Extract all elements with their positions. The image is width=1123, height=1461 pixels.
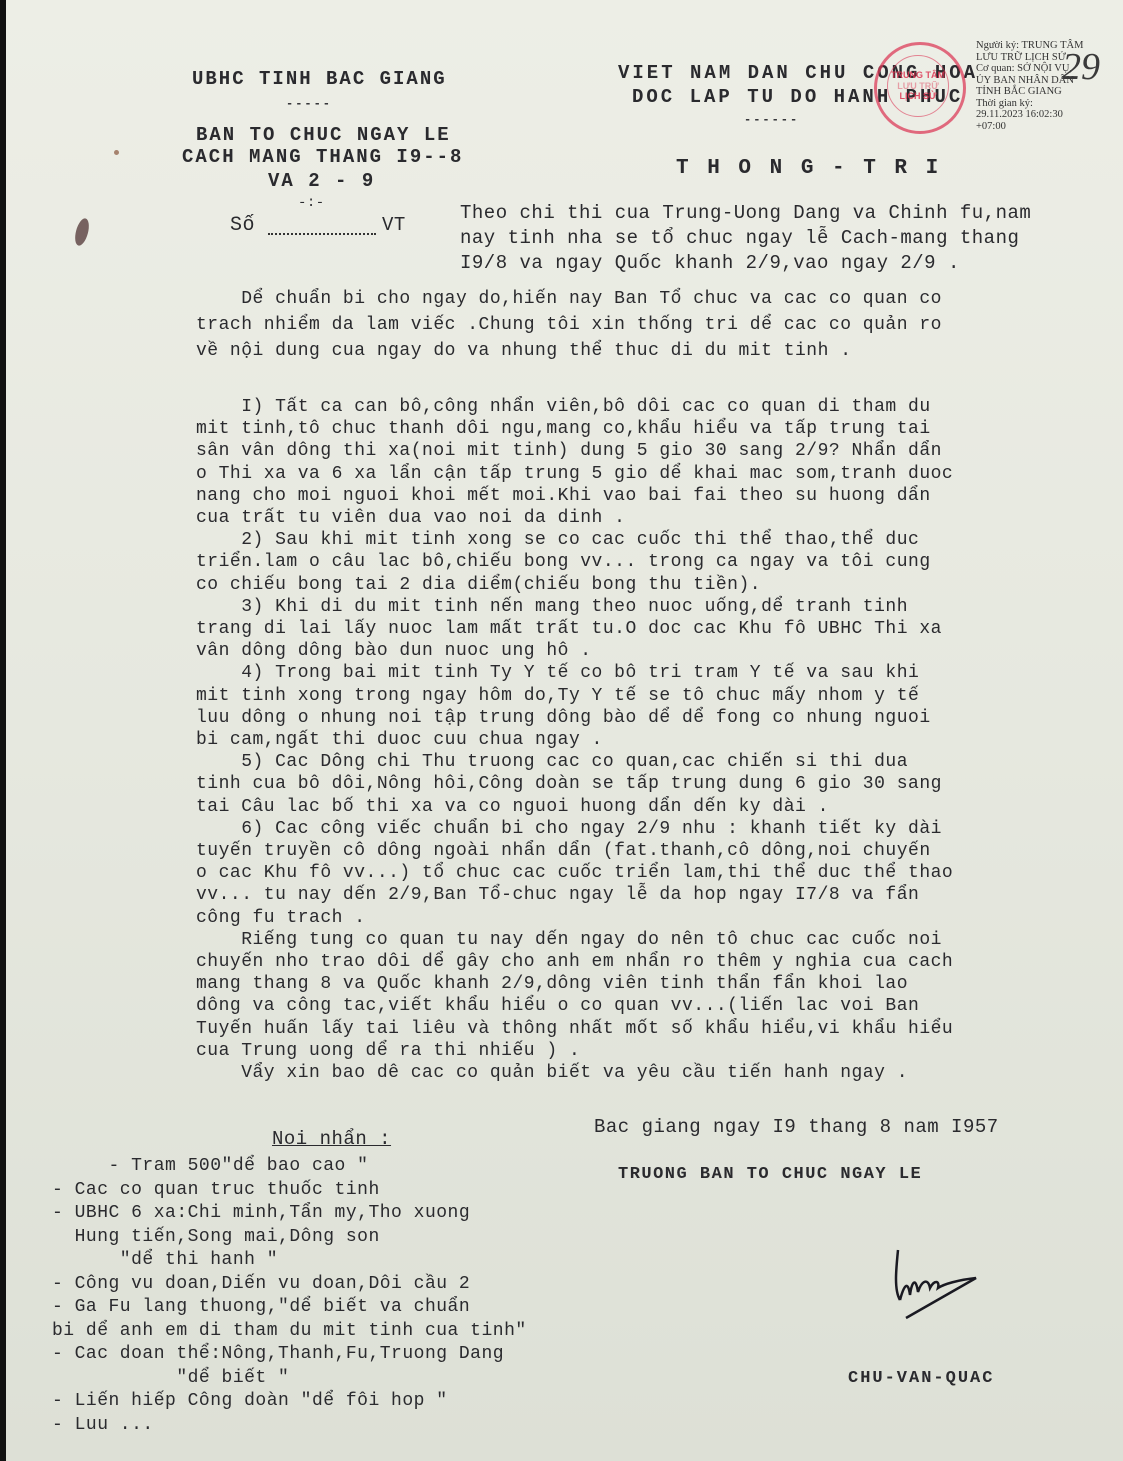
text-line: nang cho moi nguoi khoi mết moi.Khi vao … <box>196 487 931 505</box>
recipient-item: "dể thi hanh " <box>52 1251 278 1269</box>
text-line: Theo chi thi cua Trung-Uong Dang va Chin… <box>460 204 1031 223</box>
text-line: co chiếu bong tai 2 dia diểm(chiếu bong … <box>196 576 761 594</box>
number-suffix: VT <box>382 216 406 235</box>
stamp-line3: LỊCH SỬ <box>900 91 937 102</box>
document-title: T H O N G - T R I <box>676 158 941 179</box>
text-line: chuyến nho trao dôi dể gây cho anh em nh… <box>196 953 953 971</box>
sign-time-label: Thời gian ký: <box>976 98 1086 110</box>
text-line: 6) Cac công viếc chuẩn bi cho ngay 2/9 n… <box>196 820 942 838</box>
text-line: về nội dung cua ngay do va nhung thể thu… <box>196 342 852 360</box>
text-line: luu dông o nhung noi tập trung dông bào … <box>196 709 931 727</box>
text-line: trang di lai lấy nuoc lam mất trất tu.O … <box>196 620 942 638</box>
recipient-item: - Tram 500"dể bao cao " <box>52 1157 368 1175</box>
text-line: mang thang 8 va Quốc khanh 2/9,dông viên… <box>196 975 908 993</box>
recipient-item: - Cac doan thể:Nông,Thanh,Fu,Truong Dang <box>52 1345 504 1363</box>
recipient-item: - Cac co quan truc thuốc tinh <box>52 1181 380 1199</box>
committee-line3: VA 2 - 9 <box>268 172 375 191</box>
text-line: nay tinh nha se tổ chuc ngay lễ Cach-man… <box>460 229 1019 248</box>
recipients-title: Noi nhẩn : <box>272 1130 391 1149</box>
text-line: dông va công tac,viết khẩu hiểu o co qua… <box>196 997 919 1015</box>
text-line: Riếng tung co quan tu nay dến ngay do nê… <box>196 931 942 949</box>
text-line: Vẩy xin bao dê cac co quản biết va yêu c… <box>196 1064 908 1082</box>
text-line: mit tinh xong trong ngay hôm do,Ty Y tế … <box>196 687 919 705</box>
archive-stamp: TRUNG TÂM LƯU TRỮ LỊCH SỬ <box>874 42 966 134</box>
text-line: tinh cua bô dôi,Nông hôi,Công doàn se tấ… <box>196 775 942 793</box>
stamp-line1: TRUNG TÂM <box>891 70 945 81</box>
number-blank <box>268 233 376 235</box>
text-line: I9/8 va ngay Quốc khanh 2/9,vao ngay 2/9… <box>460 254 960 273</box>
text-line: triển.lam o câu lac bô,chiếu bong vv... … <box>196 553 931 571</box>
separator: ------ <box>744 114 799 126</box>
text-line: o Thi xa va 6 xa lẩn cận tấp trung 5 gio… <box>196 465 953 483</box>
recipient-item: "dể biết " <box>52 1369 289 1387</box>
text-line: vân dông dông bào dun nuoc ung hô . <box>196 642 592 660</box>
org-name: UBHC TINH BAC GIANG <box>192 70 447 89</box>
committee-line1: BAN TO CHUC NGAY LE <box>196 126 451 145</box>
text-line: bi cam,ngất thi duoc cuu chua ngay . <box>196 731 603 749</box>
separator: ----- <box>286 98 332 110</box>
text-line: 3) Khi di du mit tinh nến mang theo nuoc… <box>196 598 908 616</box>
number-label: Số <box>230 216 255 236</box>
text-line: cua Trung uong dể ra thi nhiếu ) . <box>196 1042 580 1060</box>
stamp-line2: LƯU TRỮ <box>897 81 938 92</box>
sign-time: 29.11.2023 16:02:30 +07:00 <box>976 109 1086 132</box>
text-line: Tuyến huấn lấy tai liêu và thông nhất mố… <box>196 1020 953 1038</box>
recipient-item: - Luu ... <box>52 1416 154 1434</box>
recipient-item: Hung tiến,Song mai,Dông son <box>52 1228 380 1246</box>
text-line: trach nhiểm da lam viếc .Chung tôi xin t… <box>196 316 942 334</box>
handwritten-signature <box>886 1240 996 1330</box>
separator-2: -:- <box>298 196 325 210</box>
text-line: o cac Khu fô vv...) tổ chuc cac cuốc tri… <box>196 864 953 882</box>
text-line: 2) Sau khi mit tinh xong se co cac cuốc … <box>196 531 919 549</box>
text-line: Dể chuẩn bi cho ngay do,hiến nay Ban Tổ … <box>196 290 942 308</box>
committee-line2: CACH MANG THANG I9--8 <box>182 148 463 167</box>
text-line: sân vân dông thi xa(noi mit tinh) dung 5… <box>196 442 942 460</box>
recipient-item: - Liến hiếp Công doàn "dể fôi hop " <box>52 1392 448 1410</box>
recipient-item: - Công vu doan,Diến vu doan,Dôi cầu 2 <box>52 1275 470 1293</box>
text-line: 5) Cac Dông chi Thu truong cac co quan,c… <box>196 753 908 771</box>
text-line: tai Câu lac bố thi xa va co nguoi huong … <box>196 798 829 816</box>
text-line: mit tinh,tô chuc thanh dôi ngu,mang co,k… <box>196 420 931 438</box>
signer-name: CHU-VAN-QUAC <box>848 1370 994 1387</box>
text-line: 4) Trong bai mit tinh Ty Y tế co bô tri … <box>196 664 919 682</box>
text-line: tuyến truyền cô dông ngoài nhẩn dẩn (fat… <box>196 842 931 860</box>
text-line: I) Tất ca can bô,công nhẩn viên,bô dôi c… <box>196 398 931 416</box>
text-line: công fu trach . <box>196 909 366 927</box>
text-line: cua trất tu viên dua vao noi da dinh . <box>196 509 625 527</box>
page-number: 29 <box>1062 45 1100 89</box>
text-line: vv... tu nay dến 2/9,Ban Tổ-chuc ngay lễ… <box>196 886 919 904</box>
ink-spot <box>114 150 119 155</box>
signer-title: TRUONG BAN TO CHUC NGAY LE <box>618 1166 922 1183</box>
recipient-item: - UBHC 6 xa:Chi minh,Tẩn my,Tho xuong <box>52 1204 470 1222</box>
place-date: Bac giang ngay I9 thang 8 nam I957 <box>594 1118 999 1137</box>
recipient-item: - Ga Fu lang thuong,"dể biết va chuẩn <box>52 1298 470 1316</box>
document-page: UBHC TINH BAC GIANG ----- BAN TO CHUC NG… <box>6 0 1123 1461</box>
ink-stain <box>73 217 92 247</box>
recipient-item: bi dể anh em di tham du mit tinh cua tin… <box>52 1322 527 1340</box>
